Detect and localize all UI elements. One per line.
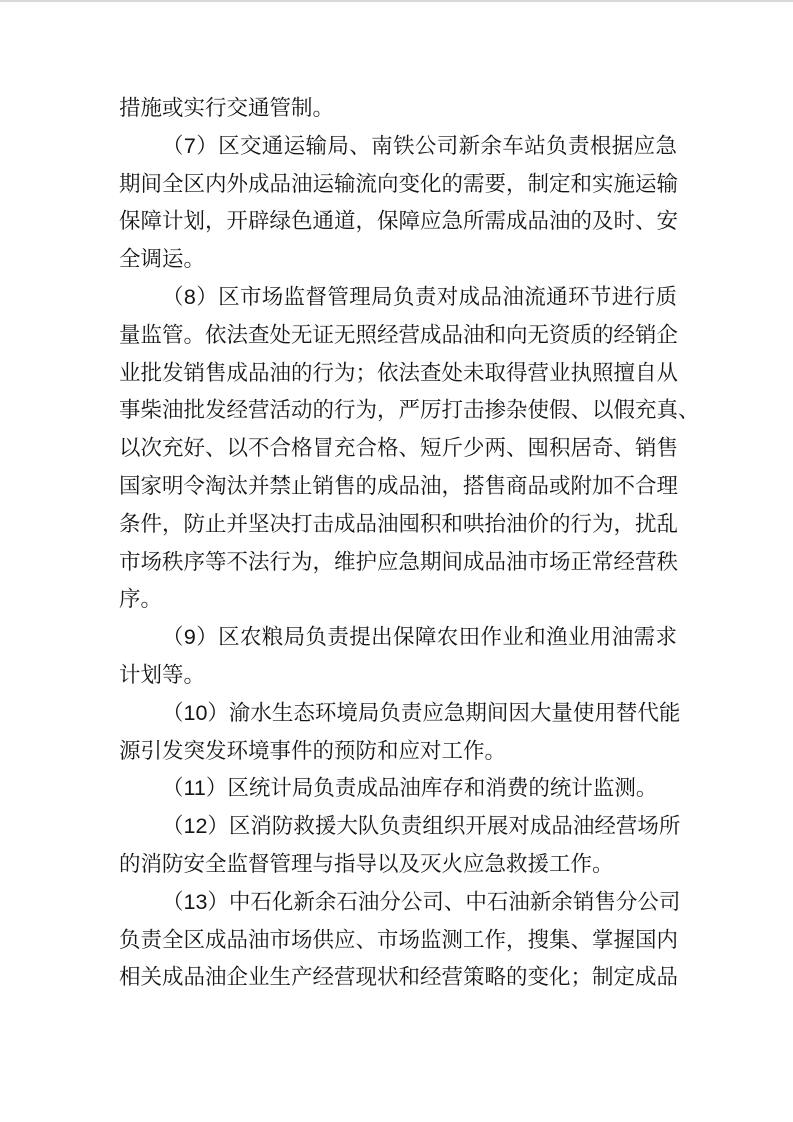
paragraph-continuation: 措施或实行交通管制。 bbox=[119, 90, 677, 128]
paragraph-item-7: （7）区交通运输局、南铁公司新余车站负责根据应急 期间全区内外成品油运输流向变化… bbox=[119, 128, 677, 279]
text-line: 国家明令淘汰并禁止销售的成品油，搭售商品或附加不合理 bbox=[119, 468, 677, 506]
text-line: 计划等。 bbox=[119, 657, 677, 695]
text-line: （7）区交通运输局、南铁公司新余车站负责根据应急 bbox=[119, 128, 677, 166]
text-line: （12）区消防救援大队负责组织开展对成品油经营场所 bbox=[119, 808, 677, 846]
text-line: 相关成品油企业生产经营现状和经营策略的变化；制定成品 bbox=[119, 959, 677, 997]
text-line: 措施或实行交通管制。 bbox=[119, 90, 677, 128]
document-page: 措施或实行交通管制。 （7）区交通运输局、南铁公司新余车站负责根据应急 期间全区… bbox=[0, 0, 793, 1122]
text-line: 序。 bbox=[119, 581, 677, 619]
paragraph-item-12: （12）区消防救援大队负责组织开展对成品油经营场所 的消防安全监督管理与指导以及… bbox=[119, 808, 677, 884]
paragraph-item-13: （13）中石化新余石油分公司、中石油新余销售分公司 负责全区成品油市场供应、市场… bbox=[119, 884, 677, 997]
page-top-edge bbox=[0, 0, 793, 2]
text-line: 量监管。依法查处无证无照经营成品油和向无资质的经销企 bbox=[119, 317, 677, 355]
paragraph-item-9: （9）区农粮局负责提出保障农田作业和渔业用油需求 计划等。 bbox=[119, 619, 677, 695]
text-line: （8）区市场监督管理局负责对成品油流通环节进行质 bbox=[119, 279, 677, 317]
document-body: 措施或实行交通管制。 （7）区交通运输局、南铁公司新余车站负责根据应急 期间全区… bbox=[119, 90, 677, 997]
text-line: 业批发销售成品油的行为；依法查处未取得营业执照擅自从 bbox=[119, 355, 677, 393]
text-line: 市场秩序等不法行为，维护应急期间成品油市场正常经营秩 bbox=[119, 544, 677, 582]
text-line: 期间全区内外成品油运输流向变化的需要，制定和实施运输 bbox=[119, 166, 677, 204]
text-line: （10）渝水生态环境局负责应急期间因大量使用替代能 bbox=[119, 695, 677, 733]
paragraph-item-11: （11）区统计局负责成品油库存和消费的统计监测。 bbox=[119, 770, 677, 808]
text-line: 的消防安全监督管理与指导以及灭火应急救援工作。 bbox=[119, 846, 677, 884]
paragraph-item-8: （8）区市场监督管理局负责对成品油流通环节进行质 量监管。依法查处无证无照经营成… bbox=[119, 279, 677, 619]
text-line: 负责全区成品油市场供应、市场监测工作，搜集、掌握国内 bbox=[119, 922, 677, 960]
text-line: （13）中石化新余石油分公司、中石油新余销售分公司 bbox=[119, 884, 677, 922]
text-line: 全调运。 bbox=[119, 241, 677, 279]
text-line: 以次充好、以不合格冒充合格、短斤少两、囤积居奇、销售 bbox=[119, 430, 677, 468]
text-line: 事柴油批发经营活动的行为，严厉打击掺杂使假、以假充真、 bbox=[119, 392, 677, 430]
text-line: （9）区农粮局负责提出保障农田作业和渔业用油需求 bbox=[119, 619, 677, 657]
text-line: 保障计划，开辟绿色通道，保障应急所需成品油的及时、安 bbox=[119, 203, 677, 241]
text-line: （11）区统计局负责成品油库存和消费的统计监测。 bbox=[119, 770, 677, 808]
text-line: 条件，防止并坚决打击成品油囤积和哄抬油价的行为，扰乱 bbox=[119, 506, 677, 544]
paragraph-item-10: （10）渝水生态环境局负责应急期间因大量使用替代能 源引发突发环境事件的预防和应… bbox=[119, 695, 677, 771]
text-line: 源引发突发环境事件的预防和应对工作。 bbox=[119, 733, 677, 771]
